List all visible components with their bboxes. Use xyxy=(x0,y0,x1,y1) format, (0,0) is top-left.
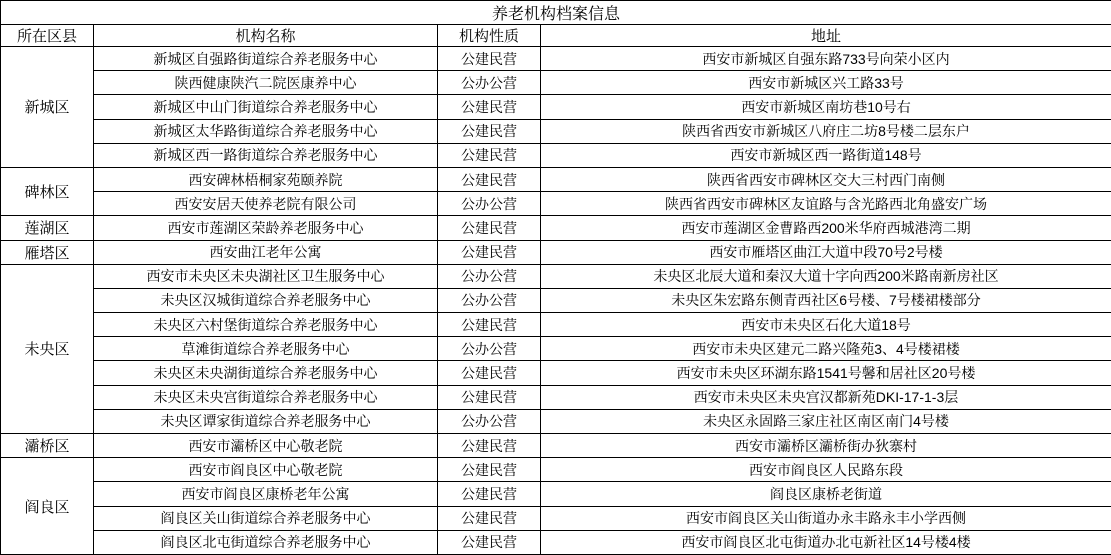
org-type-cell: 公建民营 xyxy=(438,313,541,337)
column-header-org-type: 机构性质 xyxy=(438,25,541,47)
org-address-cell: 西安市灞桥区灞桥街办狄寨村 xyxy=(541,434,1111,458)
org-type-cell: 公建民营 xyxy=(438,506,541,530)
district-cell: 莲湖区 xyxy=(1,216,94,240)
org-name-cell: 西安市灞桥区中心敬老院 xyxy=(94,434,438,458)
district-cell: 灞桥区 xyxy=(1,434,94,458)
district-cell: 阎良区 xyxy=(1,458,94,555)
district-cell: 雁塔区 xyxy=(1,240,94,264)
table-row: 阎良区关山街道综合养老服务中心公建民营西安市阎良区关山街道办永丰路永丰小学西侧 xyxy=(1,506,1111,530)
org-type-cell: 公建民营 xyxy=(438,143,541,167)
org-name-cell: 阎良区关山街道综合养老服务中心 xyxy=(94,506,438,530)
district-cell: 新城区 xyxy=(1,47,94,168)
table-row: 雁塔区西安曲江老年公寓公建民营西安市雁塔区曲江大道中段70号2号楼 xyxy=(1,240,1111,264)
org-address-cell: 西安市新城区西一路街道148号 xyxy=(541,143,1111,167)
table-row: 未央区谭家街道综合养老服务中心公办公营未央区永固路三家庄社区南区南门4号楼 xyxy=(1,409,1111,433)
table-row: 未央区六村堡街道综合养老服务中心公建民营西安市未央区石化大道18号 xyxy=(1,313,1111,337)
org-type-cell: 公建民营 xyxy=(438,482,541,506)
table-body: 新城区新城区自强路街道综合养老服务中心公建民营西安市新城区自强东路733号向荣小… xyxy=(1,47,1111,555)
org-address-cell: 西安市未央区未央宫汉都新苑DKI-17-1-3层 xyxy=(541,385,1111,409)
org-address-cell: 西安市莲湖区金曹路西200米华府西城港湾二期 xyxy=(541,216,1111,240)
district-cell: 未央区 xyxy=(1,264,94,433)
org-name-cell: 西安曲江老年公寓 xyxy=(94,240,438,264)
org-type-cell: 公办公营 xyxy=(438,288,541,312)
table-row: 西安安居天使养老院有限公司公办公营陕西省西安市碑林区友谊路与含光路西北角盛安广场 xyxy=(1,192,1111,216)
org-type-cell: 公建民营 xyxy=(438,95,541,119)
table-row: 新城区西一路街道综合养老服务中心公建民营西安市新城区西一路街道148号 xyxy=(1,143,1111,167)
table-row: 莲湖区西安市莲湖区荣龄养老服务中心公建民营西安市莲湖区金曹路西200米华府西城港… xyxy=(1,216,1111,240)
org-address-cell: 西安市新城区南坊巷10号右 xyxy=(541,95,1111,119)
org-type-cell: 公办公营 xyxy=(438,192,541,216)
table-row: 灞桥区西安市灞桥区中心敬老院公建民营西安市灞桥区灞桥街办狄寨村 xyxy=(1,434,1111,458)
table-title: 养老机构档案信息 xyxy=(1,1,1111,25)
org-type-cell: 公建民营 xyxy=(438,216,541,240)
table-row: 西安市阎良区康桥老年公寓公建民营阎良区康桥老街道 xyxy=(1,482,1111,506)
org-address-cell: 未央区永固路三家庄社区南区南门4号楼 xyxy=(541,409,1111,433)
org-address-cell: 陕西省西安市碑林区友谊路与含光路西北角盛安广场 xyxy=(541,192,1111,216)
org-name-cell: 西安碑林梧桐家苑颐养院 xyxy=(94,167,438,191)
table-row: 草滩街道综合养老服务中心公办公营西安市未央区建元二路兴隆苑3、4号楼裙楼 xyxy=(1,337,1111,361)
table-row: 新城区中山门街道综合养老服务中心公建民营西安市新城区南坊巷10号右 xyxy=(1,95,1111,119)
table-row: 阎良区西安市阎良区中心敬老院公建民营西安市阎良区人民路东段 xyxy=(1,458,1111,482)
org-address-cell: 西安市新城区兴工路33号 xyxy=(541,71,1111,95)
org-address-cell: 未央区北辰大道和秦汉大道十字向西200米路南新房社区 xyxy=(541,264,1111,288)
org-name-cell: 陕西健康陕汽二院医康养中心 xyxy=(94,71,438,95)
org-type-cell: 公建民营 xyxy=(438,434,541,458)
org-address-cell: 西安市阎良区关山街道办永丰路永丰小学西侧 xyxy=(541,506,1111,530)
org-name-cell: 西安市阎良区康桥老年公寓 xyxy=(94,482,438,506)
org-address-cell: 未央区朱宏路东侧青西社区6号楼、7号楼裙楼部分 xyxy=(541,288,1111,312)
table-row: 未央区未央湖街道综合养老服务中心公建民营西安市未央区环湖东路1541号馨和居社区… xyxy=(1,361,1111,385)
org-type-cell: 公建民营 xyxy=(438,458,541,482)
title-row: 养老机构档案信息 xyxy=(1,1,1111,25)
org-name-cell: 新城区西一路街道综合养老服务中心 xyxy=(94,143,438,167)
column-header-address: 地址 xyxy=(541,25,1111,47)
org-type-cell: 公建民营 xyxy=(438,167,541,191)
elderly-care-archive-table: 养老机构档案信息 所在区县 机构名称 机构性质 地址 新城区新城区自强路街道综合… xyxy=(0,0,1111,555)
org-type-cell: 公建民营 xyxy=(438,361,541,385)
table-row: 陕西健康陕汽二院医康养中心公办公营西安市新城区兴工路33号 xyxy=(1,71,1111,95)
org-type-cell: 公建民营 xyxy=(438,385,541,409)
org-address-cell: 西安市未央区环湖东路1541号馨和居社区20号楼 xyxy=(541,361,1111,385)
table-row: 未央区汉城街道综合养老服务中心公办公营未央区朱宏路东侧青西社区6号楼、7号楼裙楼… xyxy=(1,288,1111,312)
org-name-cell: 未央区六村堡街道综合养老服务中心 xyxy=(94,313,438,337)
org-type-cell: 公建民营 xyxy=(438,119,541,143)
org-name-cell: 西安市阎良区中心敬老院 xyxy=(94,458,438,482)
table-row: 未央区未央宫街道综合养老服务中心公建民营西安市未央区未央宫汉都新苑DKI-17-… xyxy=(1,385,1111,409)
org-address-cell: 陕西省西安市碑林区交大三村西门南侧 xyxy=(541,167,1111,191)
org-type-cell: 公办公营 xyxy=(438,337,541,361)
org-address-cell: 西安市阎良区人民路东段 xyxy=(541,458,1111,482)
org-name-cell: 新城区自强路街道综合养老服务中心 xyxy=(94,47,438,71)
table-row: 新城区太华路街道综合养老服务中心公建民营陕西省西安市新城区八府庄二坊8号楼二层东… xyxy=(1,119,1111,143)
column-header-district: 所在区县 xyxy=(1,25,94,47)
org-address-cell: 西安市未央区石化大道18号 xyxy=(541,313,1111,337)
district-cell: 碑林区 xyxy=(1,167,94,215)
org-type-cell: 公建民营 xyxy=(438,530,541,554)
org-address-cell: 西安市雁塔区曲江大道中段70号2号楼 xyxy=(541,240,1111,264)
org-type-cell: 公建民营 xyxy=(438,240,541,264)
org-address-cell: 陕西省西安市新城区八府庄二坊8号楼二层东户 xyxy=(541,119,1111,143)
org-name-cell: 草滩街道综合养老服务中心 xyxy=(94,337,438,361)
org-name-cell: 新城区中山门街道综合养老服务中心 xyxy=(94,95,438,119)
org-name-cell: 未央区汉城街道综合养老服务中心 xyxy=(94,288,438,312)
org-type-cell: 公办公营 xyxy=(438,409,541,433)
org-address-cell: 西安市新城区自强东路733号向荣小区内 xyxy=(541,47,1111,71)
org-type-cell: 公办公营 xyxy=(438,264,541,288)
org-name-cell: 西安市未央区未央湖社区卫生服务中心 xyxy=(94,264,438,288)
org-type-cell: 公建民营 xyxy=(438,47,541,71)
table-row: 碑林区西安碑林梧桐家苑颐养院公建民营陕西省西安市碑林区交大三村西门南侧 xyxy=(1,167,1111,191)
org-address-cell: 西安市未央区建元二路兴隆苑3、4号楼裙楼 xyxy=(541,337,1111,361)
org-type-cell: 公办公营 xyxy=(438,71,541,95)
table-row: 新城区新城区自强路街道综合养老服务中心公建民营西安市新城区自强东路733号向荣小… xyxy=(1,47,1111,71)
org-name-cell: 西安安居天使养老院有限公司 xyxy=(94,192,438,216)
header-row: 所在区县 机构名称 机构性质 地址 xyxy=(1,25,1111,47)
table-row: 阎良区北屯街道综合养老服务中心公建民营西安市阎良区北屯街道办北屯新社区14号楼4… xyxy=(1,530,1111,554)
org-name-cell: 西安市莲湖区荣龄养老服务中心 xyxy=(94,216,438,240)
org-address-cell: 阎良区康桥老街道 xyxy=(541,482,1111,506)
org-name-cell: 阎良区北屯街道综合养老服务中心 xyxy=(94,530,438,554)
column-header-org-name: 机构名称 xyxy=(94,25,438,47)
table-row: 未央区西安市未央区未央湖社区卫生服务中心公办公营未央区北辰大道和秦汉大道十字向西… xyxy=(1,264,1111,288)
org-address-cell: 西安市阎良区北屯街道办北屯新社区14号楼4楼 xyxy=(541,530,1111,554)
org-name-cell: 未央区未央宫街道综合养老服务中心 xyxy=(94,385,438,409)
org-name-cell: 新城区太华路街道综合养老服务中心 xyxy=(94,119,438,143)
org-name-cell: 未央区未央湖街道综合养老服务中心 xyxy=(94,361,438,385)
org-name-cell: 未央区谭家街道综合养老服务中心 xyxy=(94,409,438,433)
